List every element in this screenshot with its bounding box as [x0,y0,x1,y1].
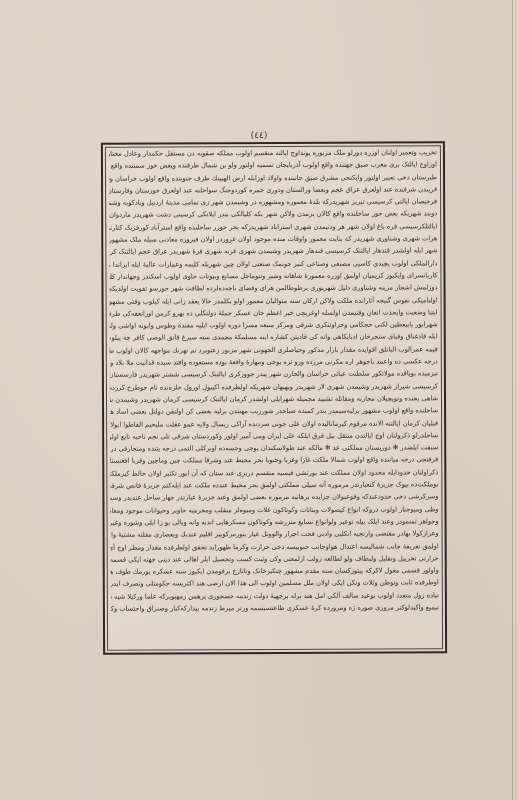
page-number: (٤٤) [0,131,518,141]
text-line: قریبدن شرقنده عند اولعرق عراق عجم وبعضا … [109,183,437,197]
text-line: تیزمیده بویاقده مولاتکور سلطنت عباتی خرا… [110,368,438,382]
body-text: تخریب وتعمیر اولنان اوزره دورلو ملک مزبو… [109,146,439,615]
text-frame: تخریب وتعمیر اولنان اوزره دورلو ملک مزبو… [101,141,447,654]
text-line: سبقت ایلشدر ✻ دوریسنان مملکتی عد ✻ مالکه… [110,441,438,455]
text-line: تیاده زول متعدد اولوب بوعبد سالف آلکی ام… [111,589,439,603]
text-line: دوبند شهریکه بعض حوز ساحلنده واقع کالان … [109,208,437,222]
text-line: تیمیع واکیدلوکتر مروری صوره ژه ومرورده ک… [111,601,439,615]
page-edge [512,0,513,800]
